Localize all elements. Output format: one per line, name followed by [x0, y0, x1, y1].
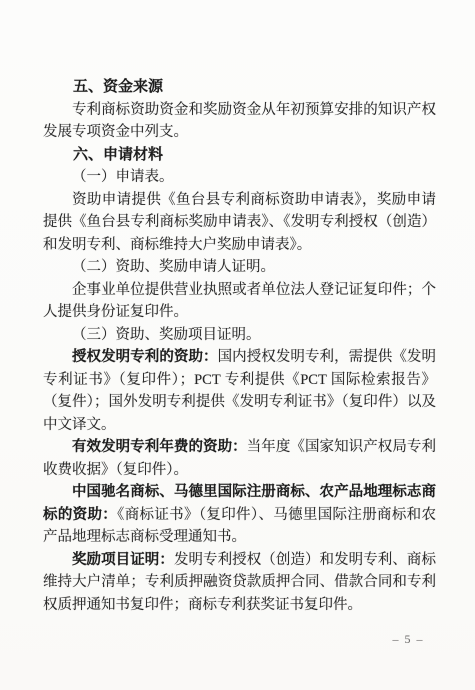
paragraph-funding-source: 专利商标资助资金和奖励资金从年初预算安排的知识产权发展专项资金中列支。	[43, 99, 436, 144]
paragraph-item-3-title: （三）资助、奖励项目证明。	[43, 324, 436, 347]
paragraph-item-1-title: （一）申请表。	[43, 166, 436, 189]
paragraph-item-1-body: 资助申请提供《鱼台县专利商标资助申请表》，奖励申请提供《鱼台县专利商标奖励申请表…	[43, 189, 436, 257]
section-heading-funding-source: 五、资金来源	[43, 76, 436, 99]
document-content: 五、资金来源 专利商标资助资金和奖励资金从年初预算安排的知识产权发展专项资金中列…	[43, 76, 436, 616]
paragraph-lead-award-project-proof: 奖励项目证明：	[72, 552, 174, 568]
paragraph-lead-invention-patent-subsidy: 授权发明专利的资助：	[72, 349, 218, 365]
document-page: 五、资金来源 专利商标资助资金和奖励资金从年初预算安排的知识产权发展专项资金中列…	[0, 0, 475, 690]
paragraph-item-2-title: （二）资助、奖励申请人证明。	[43, 256, 436, 279]
paragraph-annual-fee-subsidy: 有效发明专利年费的资助：当年度《国家知识产权局专利收费收据》（复印件）。	[43, 436, 436, 481]
page-number: – 5 –	[393, 632, 425, 646]
paragraph-trademark-subsidy: 中国驰名商标、马德里国际注册商标、农产品地理标志商标的资助：《商标证书》（复印件…	[43, 481, 436, 549]
paragraph-invention-patent-subsidy: 授权发明专利的资助：国内授权发明专利，需提供《发明专利证书》（复印件）；PCT …	[43, 346, 436, 436]
paragraph-item-2-body: 企事业单位提供营业执照或者单位法人登记证复印件；个人提供身份证复印件。	[43, 279, 436, 324]
paragraph-award-project-proof: 奖励项目证明：发明专利授权（创造）和发明专利、商标维持大户清单；专利质押融资贷款…	[43, 549, 436, 617]
section-heading-application-materials: 六、申请材料	[43, 144, 436, 167]
paragraph-lead-annual-fee-subsidy: 有效发明专利年费的资助：	[72, 439, 247, 455]
